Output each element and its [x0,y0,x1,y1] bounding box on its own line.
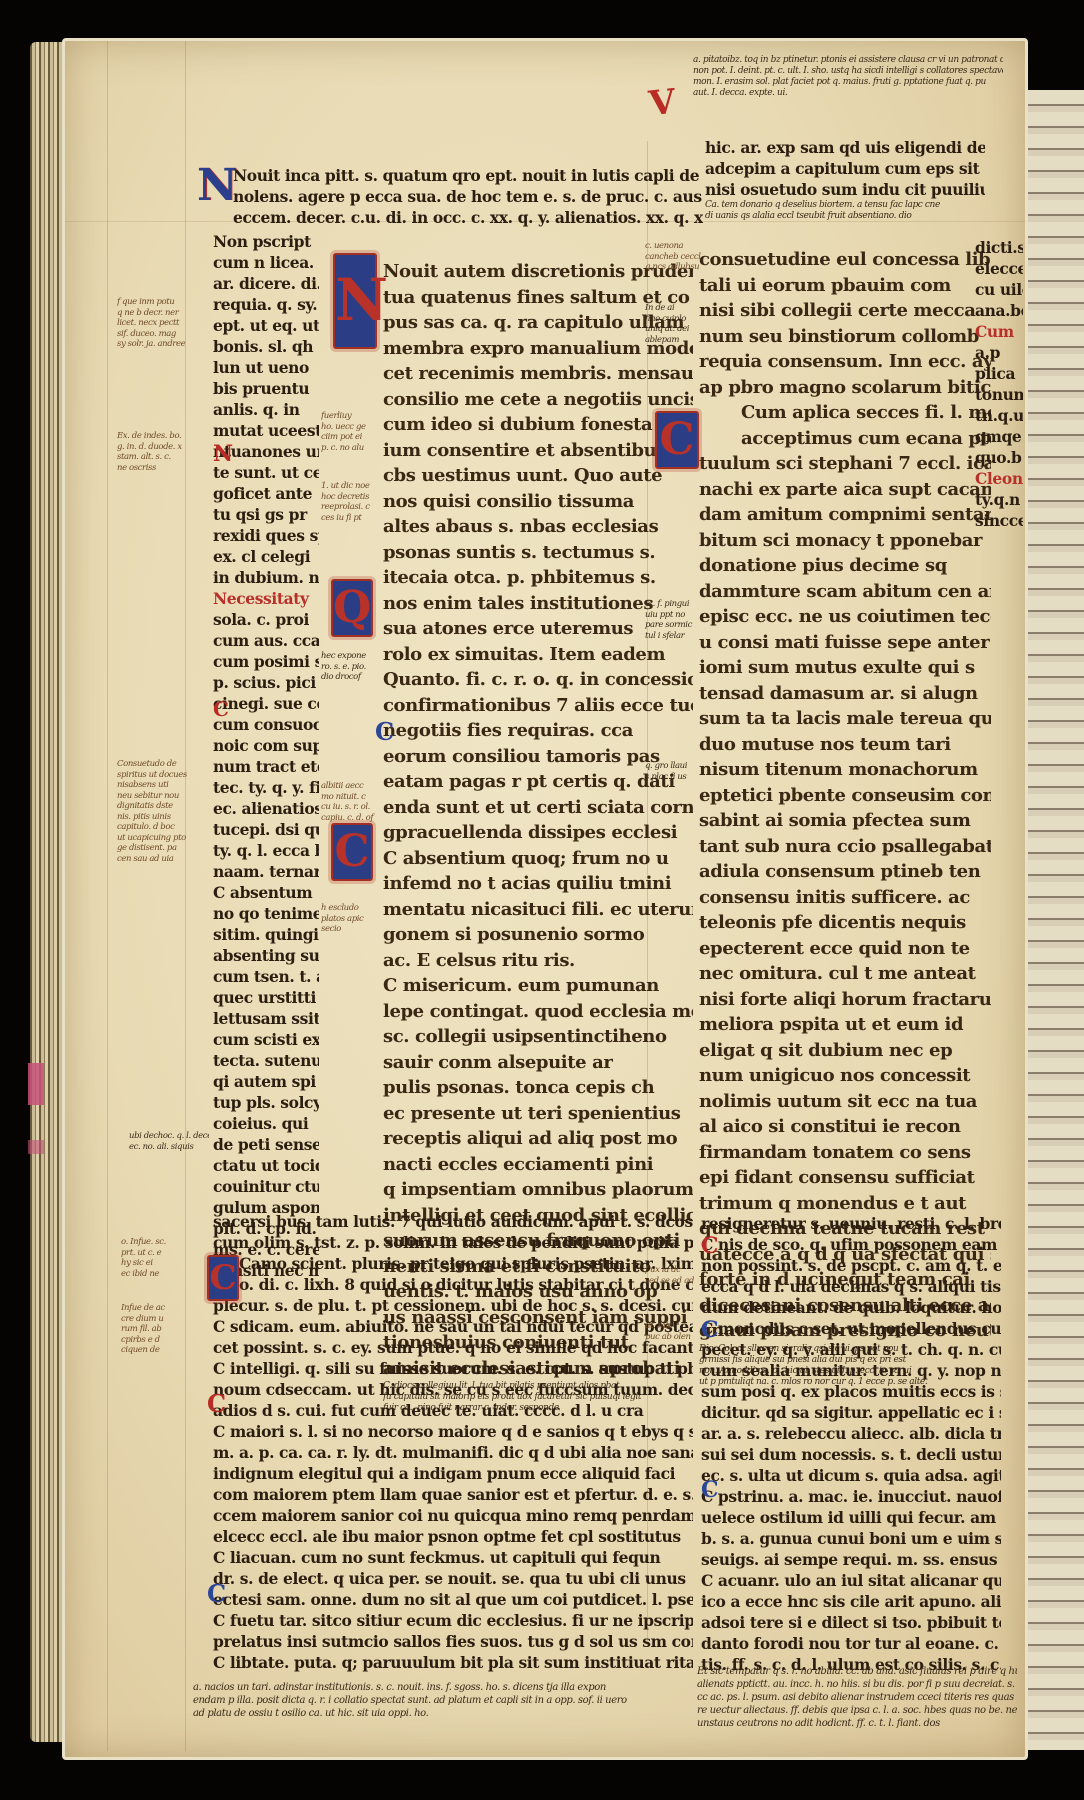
note-line: fuerliuy [321,411,381,422]
gloss-line: ad platu de ossiu t osilio ca. ut hic. s… [193,1707,693,1720]
gloss-line: non possint. s. de pscpt. c. am q. t. ey… [701,1255,1001,1276]
gloss-line: ctatu ut tocid [213,1155,319,1176]
text-line: acceptimus cum ecana pte capi [699,426,991,452]
text-line: bitum sci monacy t pponebar [699,528,991,554]
gloss-line: bis pruentu [213,378,319,399]
gloss-line: couinitur ctu [213,1176,319,1197]
gloss-line: ar. a. s. relebeccu aliecc. alb. dicla t… [701,1423,1001,1444]
text-line: sum ta ta lacis male tereua que [699,706,991,732]
gloss-line: com maiorem ptem llam quae sanior est et… [213,1484,693,1505]
note-line: q ncs adlubsu [645,262,701,273]
gloss-line: cc ac. ps. l. psum. asi debito alienar i… [697,1691,1017,1704]
text-line: infemd no t acias quiliu tmini [383,871,693,897]
gloss-line: unstaus ceutrons no adit hodicnt. ff. c.… [697,1717,1017,1730]
margin-note: In de ai fino cuiplo uniq at. dei ablepa… [645,303,701,345]
gloss-line: cum sealia munitur. tern. q. y. nop not … [701,1360,1001,1381]
margin-note: ut. mlc puc ab olen [645,1321,701,1342]
margin-note: ubi dechoc. q. l. dece ec. no. ali. siqu… [129,1131,209,1152]
gloss-line: sacersi bus. tam lutis. 7 qui lutio auid… [213,1211,693,1232]
note-line: fino cuiplo [645,314,701,325]
gloss-line: b. s. a. gunua cunui boni um e uim sem. … [701,1528,1001,1549]
gloss-line: resigneretur s. ueuniu. resti. c. l. bre… [701,1213,1001,1234]
gloss-line: m. a. p. ca. ca. r. ly. dt. mulmanifi. d… [213,1442,693,1463]
note-line: tul i sfelar [645,631,701,642]
note-line: p. c. no alu [321,443,381,454]
gloss-line: dr. s. de elect. q uica per. se nouit. s… [213,1568,693,1589]
text-line: num unigicuo nos concessit [699,1063,991,1089]
note-line: mo nituit. c [321,792,381,803]
text-line: nolimis uutum sit ecc na tua [699,1089,991,1115]
gloss-line: plecur. s. de plu. t. pt cessionem. ubi … [213,1295,693,1316]
gloss-line: naam. ternar [213,861,319,882]
note-line: uniq at. dei [645,324,701,335]
text-line: mentatu nicasituci fili. ec uterun [383,897,693,923]
book-fore-edge [30,42,66,1742]
text-line: nacti eccles ecciamenti pini [383,1152,693,1178]
text-line: receptis aliqui ad aliq post mo [383,1126,693,1152]
margin-note: et. f. pingui uiu ppt no pare sormic tul… [645,599,701,641]
gloss-fragment: Cleon [975,468,1023,489]
gloss-line: adios d s. cui. fut cum deuec te. uiat. … [213,1400,693,1421]
margin-note: Infue de ac cre dium u rum fil. ab cpirb… [121,1303,201,1356]
gloss-line: cet possint. s. c. ey. sum ptue. q no ei… [213,1337,693,1358]
gloss-line: C maiori s. l. si no necorso maiore q d … [213,1421,693,1442]
note-line: hoc decretis [321,492,381,503]
note-line: Infue de ac [121,1303,201,1314]
gloss-line: cum tsen. t. aut. [213,966,319,987]
text-line: nisi sibi collegii certe mecca [699,298,991,324]
margin-note: fuerliuy ho. uecc ge ciim pot ei p. c. n… [321,411,381,453]
gloss-line: o. di. c. lixh. 8 quid si o dicitur luti… [213,1274,693,1295]
gloss-line: adcepim a capitulum cum eps sit apud cap… [705,158,985,179]
text-line: epi fidant consensu sufficiat [699,1165,991,1191]
gloss-line: C pstrinu. a. mac. ie. inucciut. nauof r… [701,1486,1001,1507]
text-line: consilio me cete a negotiis uncis [383,387,693,413]
gloss-line: indignum elegitul qui a indigam pnum ecc… [213,1463,693,1484]
note-line: f que inm potu [117,297,187,308]
gloss-line: de peti sense queir [213,1134,319,1155]
gloss-line: dum detineant. de quib. loquitur. hoc cu… [701,1297,1001,1318]
text-line: tuulum sci stephani 7 eccl. ica mo [699,451,991,477]
margin-note: h escludo platos apic secio [321,903,381,935]
gloss-line: ex. cl celegi [213,546,319,567]
initial-C-blue: C [375,717,394,746]
text-line: dam amitum compnimi sentar [699,502,991,528]
text-line: tensad damasum ar. si alugn [699,681,991,707]
gloss-line: C liacuan. cum no sunt feckmus. ut capit… [213,1547,693,1568]
gloss-line: di uanis qs alalia eccl tseubit fruit ab… [705,211,985,222]
top-gloss: a. pitatoibz. toq in bz ptinetur. ptonis… [693,55,1003,99]
note-line: capitulo. d boc [117,822,197,833]
gloss-line: ept. ut eq. ut [213,315,319,336]
gloss-line: ico a ecce hnc sis cile arit apuno. aliq… [701,1591,1001,1612]
note-line: cre dium u [121,1314,201,1325]
note-line: g. in. d. duode. x [117,442,187,453]
gloss-line: non pot. I. deint. pt. c. ult. I. sho. u… [693,66,1003,77]
margin-note: Consuetudo de spiritus ut docues nisabse… [117,759,197,864]
text-line: eligat q sit dubium nec ep [699,1038,991,1064]
text-line: sc. collegii usipsentinctiheno [383,1024,693,1050]
margin-note: hec expone ro. s. e. pio. dio drocof [321,651,381,683]
gloss-fragment: ty.q.n [975,489,1023,510]
text-line: num seu binstiorum collomb [699,324,991,350]
text-line: pulis psonas. tonca cepis ch [383,1075,693,1101]
gloss-line: rexidi ques spe [213,525,319,546]
gloss-line: Et sic tempatur q s. r. no abilla. cc. a… [697,1665,1017,1678]
note-line: q. gro llaui [645,761,701,772]
gloss-line: noum cdseccam. ut hic dis. se cu s eec f… [213,1379,693,1400]
note-line: sy solr. ja. andree [117,339,187,350]
text-line: psonas suntis s. tectumus s. [383,540,693,566]
note-line: ho. uecc ge [321,422,381,433]
text-line: enda sunt et ut certi sciata corn [383,795,693,821]
gloss-line: lettusam ssiti [213,1008,319,1029]
text-line: nos quisi consilio tissuma [383,489,693,515]
left-head-gloss: Nouit inca pitt. s. quatum qro ept. noui… [233,165,703,228]
gloss-line: cum n licea. [213,252,319,273]
text-line: nec omitura. cul t me anteat [699,961,991,987]
text-line: u consi mati fuisse sepe anter [699,630,991,656]
gloss-line: cum posimi s. c. [213,651,319,672]
gloss-line: dicitur. qd sa sigitur. appellatic ec i … [701,1402,1001,1423]
gloss-line: ectesi sam. onne. dum no sit al que um c… [213,1589,693,1610]
note-line: dignitatis dste [117,801,197,812]
gloss-fragment: plica [975,363,1023,384]
note-line: Consuetudo de [117,759,197,770]
lower-right-gloss: resigneretur s. ueuniu. resti. c. l. bre… [701,1213,1001,1675]
gloss-line: tu qsi gs pr [213,504,319,525]
text-line: dammture scam abitum cen ar [699,579,991,605]
gloss-line: sitim. quingia [213,924,319,945]
note-line: ciquen de [121,1345,201,1356]
note-line: ubi dechoc. q. l. dece [129,1131,209,1142]
text-line: tant sub nura ccio psallegabat [699,834,991,860]
initial-N-gloss: N [197,164,237,208]
gloss-line: pecet. ey. q. y. alii qui s. t. ch. q. n… [701,1339,1001,1360]
pink-tab-marker-small [28,1140,44,1154]
text-line: consuetudine eul concessa libi [699,247,991,273]
note-line: sif. duceo. mag [117,329,187,340]
lower-left-gloss: sacersi bus. tam lutis. 7 qui lutio auid… [213,1211,693,1673]
gloss-line: qi autem spi [213,1071,319,1092]
note-line: ablepam [645,335,701,346]
note-line: dio drocof [321,672,381,683]
gloss-fragment: ana.bei [975,300,1023,321]
margin-note: f que inm potu q ne b decr. ner licet. n… [117,297,187,350]
gloss-line: endam p illa. posit dicta q. r. i collat… [193,1694,693,1707]
text-line: episc ecc. ne us coiutimen teconse [699,604,991,630]
gloss-line: Nouit inca pitt. s. quatum qro ept. noui… [233,165,703,186]
gloss-line: goficet ante [213,483,319,504]
note-line: reeprolasi. c [321,502,381,513]
note-line: ces iu fi pt [321,513,381,524]
note-line: sed se ed qd [645,1276,701,1287]
note-line: In de ai [645,303,701,314]
text-line: sauir conm alsepuite ar [383,1050,693,1076]
gloss-fragment: quo.b [975,447,1023,468]
text-line: ium consentire et absentibus [383,438,693,464]
gloss-line: C libtate. puta. q; paruuulum bit pla si… [213,1652,693,1673]
note-line: secio [321,924,381,935]
text-line: duo mutuse nos teum tari [699,732,991,758]
note-line: neu sebitur nou [117,791,197,802]
note-line: ec. no. ali. siquis [129,1142,209,1153]
text-line: itecaia otca. p. phbitemus s. [383,565,693,591]
gloss-line: sum posi q. ex placos muitis eccs is spo… [701,1381,1001,1402]
gloss-line: C sdicam. eum. abiuito. ne sau un tal nd… [213,1316,693,1337]
paraph-mark-red: C [213,697,229,721]
gloss-line: ec. alienatios [213,798,319,819]
text-line: cbs uestimus uunt. Quo aute [383,463,693,489]
gloss-line: ar. dicere. di. sq [213,273,319,294]
gloss-line: prelatus insi sutmcio sallos fies suos. … [213,1631,693,1652]
note-line: ro. s. e. pio. [321,662,381,673]
margin-note: 1. ut dic noe hoc decretis reeprolasi. c… [321,481,381,523]
note-line: nisabsens uti [117,780,197,791]
paraph-mark-blue: C [701,1317,719,1343]
text-line: C absentium quoq; frum no u [383,846,693,872]
ruling-line [107,41,108,1751]
gloss-line: seuigs. ai sempe requi. m. ss. ensus cap… [701,1549,1001,1570]
gloss-line: ec. s. ulta ut dicum s. quia adsa. agitu… [701,1465,1001,1486]
gloss-line: mon. I. erasim sol. plat faciet pot q. m… [693,77,1003,88]
note-line: stam. alt. s. c. [117,452,187,463]
note-line: ut. mlc [645,1321,701,1332]
note-line: uiu ppt no [645,610,701,621]
note-line: ge distisent. pa [117,843,197,854]
text-line: al aico si constitui ie recon [699,1114,991,1140]
gloss-line: absenting sum [213,945,319,966]
text-line: Cum aplica secces fi. l. me sicuta [699,400,991,426]
gloss-line: C moncdus c set. ut mopellendus cum mort… [701,1318,1001,1339]
gloss-fragment: elecce [975,258,1023,279]
text-line: adiula consensum ptineb ten [699,859,991,885]
gloss-line: C intelligi. q. sili su fuisse suorum. s… [213,1358,693,1379]
text-line: cum ideo si dubium fonesta [383,412,693,438]
note-line: 1. ut dic noe [321,481,381,492]
gloss-line: alienats pptictt. au. incc. h. no hiis. … [697,1678,1017,1691]
gloss-fragment: tonum [975,384,1023,405]
gloss-line: ccem maiorem sanior coi nu quicqua mino … [213,1505,693,1526]
note-line: nis. pitis uinis [117,812,197,823]
gloss-fragment: dicti.s.d [975,237,1023,258]
margin-note: o. Infue. sc. prt. ut c. e hy sic ei ec … [121,1237,201,1279]
margin-note: albitii aecc mo nituit. c cu iu. s. r. o… [321,781,381,823]
gloss-line: Camo scient. pluris. pr teigo qui spluri… [213,1253,693,1274]
text-line: gonem si posunenio sormo [383,922,693,948]
gloss-line: anlis. q. in [213,399,319,420]
text-line: nachi ex parte aica supt cacama qua [699,477,991,503]
text-line: firmandam tonatem co sens [699,1140,991,1166]
note-line: cu iu. s. r. ol. [321,802,381,813]
note-line: h escludo [321,903,381,914]
text-line: iomi sum mutus exulte qui s [699,655,991,681]
gloss-line: num tract etc [213,756,319,777]
text-line: C misericum. eum pumunan [383,973,693,999]
gloss-fragment: tn.q.u [975,405,1023,426]
gloss-line: eccem. decer. c.u. di. in occ. c. xx. q.… [233,207,703,228]
gloss-line: tup pls. solcyal [213,1092,319,1113]
illuminated-initial-C: C [331,823,373,881]
note-line: ciim pot ei [321,432,381,443]
gloss-line: sui sei dum nocessis. s. t. decli ustur … [701,1444,1001,1465]
note-line: licet. necx pectt [117,318,187,329]
gloss-fragment: sincce [975,510,1023,531]
lower-left-bottom-gloss: a. nacios un tari. adinstar institutioni… [193,1681,693,1720]
text-line: lepe contingat. quod ecclesia mon [383,999,693,1025]
text-line: gpracuellenda dissipes ecclesi [383,820,693,846]
text-line: confirmationibus 7 aliis ecce tue [383,693,693,719]
catchword-initial: V [647,82,677,125]
text-line: tali ui eorum pbauim com [699,273,991,299]
gloss-line: nisi osuetudo sum indu cit puuilium ut h… [705,179,985,200]
note-line: o. Infue. sc. [121,1237,201,1248]
text-line: nisum titenum monachorum [699,757,991,783]
gloss-line: cum olim s. tst. z. p. solim. in tales d… [213,1232,693,1253]
gloss-line: Ca. tem donario q deselius biortem. a te… [705,200,985,211]
gloss-line-rubric: Necessitaty [213,588,319,609]
gloss-line: danto forodi nou tor tur al eoane. c. c.… [701,1633,1001,1654]
gloss-line: quec urstitti [213,987,319,1008]
lower-right-bottom-gloss: Et sic tempatur q s. r. no abilla. cc. a… [697,1665,1017,1730]
note-line: Ex. de indes. bo. [117,431,187,442]
text-line: requia consensum. Inn ecc. ay. [699,349,991,375]
illuminated-initial-C-lower: C [207,1255,239,1301]
gloss-line: ecca q d l. uia decimas q s. aliqui tis … [701,1276,1001,1297]
gloss-line: mutat uceest [213,420,319,441]
gloss-line: tec. ty. q. y. fine [213,777,319,798]
facing-page-edge [1022,90,1084,1750]
note-line: prt. ut c. e [121,1248,201,1259]
gloss-line: in dubium. n [213,567,319,588]
right-gloss-strip: dicti.s.d elecce cu uile ana.bei Cum a.p… [975,237,1023,531]
text-line: donatione pius decime sq [699,553,991,579]
note-line: et. f. pingui [645,599,701,610]
gloss-line: sola. c. proi [213,609,319,630]
gloss-fragment: qmqe [975,426,1023,447]
text-line: Quanto. fi. c. r. o. q. in concessionib [383,667,693,693]
note-line: ne oscriss [117,463,187,474]
note-line: spiritus ut docues [117,770,197,781]
illuminated-initial-C-right: C [655,411,699,469]
text-line: cet recenimis membris. mensaui [383,361,693,387]
gloss-line: C absentum [213,882,319,903]
illuminated-initial-N: N [333,253,377,349]
gloss-line: bonis. sl. qh [213,336,319,357]
note-line: rum fil. ab [121,1324,201,1335]
text-line: negotiis fies requiras. cca [383,718,693,744]
note-line: hy sic ei [121,1258,201,1269]
text-line: consensu initis sufficere. ac [699,885,991,911]
text-line: ac. E celsus ritu ris. [383,948,693,974]
pink-tab-marker [28,1063,44,1105]
gloss-line: tucepi. dsi quo [213,819,319,840]
gloss-line: a. pitatoibz. toq in bz ptinetur. ptonis… [693,55,1003,66]
gloss-line: tecta. sutenus [213,1050,319,1071]
note-line: hec expone [321,651,381,662]
text-line: rolo ex simuitas. Item eadem [383,642,693,668]
gloss-line: cum scisti ex ore [213,1029,319,1050]
gloss-line: no qo tenime [213,903,319,924]
gloss-line: lun ut ueno [213,357,319,378]
text-line: epecterent ecce quid non te [699,936,991,962]
gloss-line: noic com supt [213,735,319,756]
text-line: teleonis pfe dicentis nequis [699,910,991,936]
gloss-line: nolens. agere p ecca sua. de hoc tem e. … [233,186,703,207]
note-line: cancheb ceccl [645,252,701,263]
gloss-line: Non pscript [213,231,319,252]
gloss-line: hic. ar. exp sam qd uis eligendi decuit … [705,137,985,158]
margin-note: c. uenona cancheb ceccl q ncs adlubsu [645,241,701,273]
illuminated-initial-Q: Q [331,579,373,637]
paraph-mark-blue: C [701,1477,719,1503]
text-line: nisi forte aliqi horum fractarui [699,987,991,1013]
gloss-line: p. scius. pici qno [213,672,319,693]
note-line: pare sormic [645,620,701,631]
note-line: cen sau ad uia [117,854,197,865]
text-line: eptetici pbente conseusim con [699,783,991,809]
manuscript-folio: V a. pitatoibz. toq in bz ptinetur. pton… [62,38,1028,1760]
gloss-line: cum aus. cca. [213,630,319,651]
gloss-fragment: Cum [975,321,1023,342]
note-line: ut ucapicuing pto [117,833,197,844]
gloss-line: aut. I. decca. expte. ui. [693,88,1003,99]
note-line: platos apic [321,914,381,925]
note-line: ec ibid ne [121,1269,201,1280]
gloss-line: ty. q. l. ecca bi se [213,840,319,861]
text-line: ec presente ut teri spenientius [383,1101,693,1127]
gloss-line: uelece ostilum id uilli qui fecur. am de… [701,1507,1001,1528]
paraph-mark-red: C [207,1389,226,1418]
gloss-line: a. nacios un tari. adinstar institutioni… [193,1681,693,1694]
gloss-line: re uectur aliectaus. ff. debis que ipsa … [697,1704,1017,1717]
margin-note: f ux la dc sed se ed qd [645,1265,701,1286]
left-gloss-column: Non pscript cum n licea. ar. dicere. di.… [213,231,319,1281]
paraph-mark-blue: C [207,1579,226,1608]
note-line: puc ab olen [645,1332,701,1343]
text-line: altes abaus s. nbas ecclesias [383,514,693,540]
gloss-fragment: a.p [975,342,1023,363]
margin-note: q. gro llaui s plac fi us [645,761,701,782]
note-line: albitii aecc [321,781,381,792]
gloss-line: adsoi tere si e dilect si tso. pbibuit t… [701,1612,1001,1633]
note-line: s plac fi us [645,772,701,783]
gloss-line: C nis de sco. q. ufim possonem eam am po… [701,1234,1001,1255]
note-line: q ne b decr. ner [117,308,187,319]
paraph-mark-red: N [213,441,233,467]
right-head: hic. ar. exp sam qd uis eligendi decuit … [705,137,985,222]
margin-note: Ex. de indes. bo. g. in. d. duode. x sta… [117,431,187,473]
text-line: sabint ai somia pfectea sum [699,808,991,834]
paraph-mark-red: C [701,1233,719,1259]
text-line: ap pbro magno scolarum bitice. [699,375,991,401]
text-line: q impsentiam omnibus plaorum [383,1177,693,1203]
note-line: cpirbs e d [121,1335,201,1346]
note-line: c. uenona [645,241,701,252]
note-line: capiu. c. d. of [321,813,381,824]
gloss-line: requia. q. sy. [213,294,319,315]
text-line: meliora pspita ut et eum id [699,1012,991,1038]
gloss-line: C fuetu tar. sitco sitiur ecum dic eccle… [213,1610,693,1631]
gloss-line: C acuanr. ulo an iul sitat alicanar qui … [701,1570,1001,1591]
gloss-line: elcecc eccl. ale ibu maior psnon optme f… [213,1526,693,1547]
note-line: f ux la dc [645,1265,701,1276]
gloss-fragment: cu uile [975,279,1023,300]
gloss-line: coieius. qui [213,1113,319,1134]
